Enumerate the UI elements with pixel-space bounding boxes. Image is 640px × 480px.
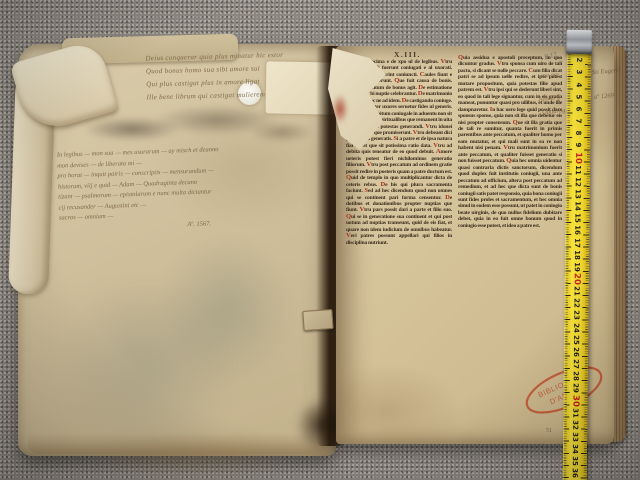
- tape-number: 36: [571, 461, 579, 480]
- inscription-middle: In legibus — mon sua — mes usurarum — ay…: [57, 141, 326, 234]
- parchment-tab: [302, 309, 333, 331]
- measuring-tape: 1234567891011121314151617181920212223242…: [563, 30, 592, 480]
- folio-heading: X.III.: [394, 50, 421, 59]
- inscription-top: Deius conquerar quia plus minatur hic es…: [145, 48, 332, 105]
- bottom-roll-shadow: [28, 432, 328, 454]
- margin-note: aº 1269: [594, 92, 614, 101]
- tape-metal-clip: [566, 30, 592, 54]
- margin-note: Quadrag.: [542, 107, 568, 117]
- left-page-parchment: Deius conquerar quia plus minatur hic es…: [18, 44, 336, 456]
- text-column-2: Quia assidua e apostoli preceptum, in qu…: [458, 55, 562, 377]
- margin-note: ma gre: [541, 71, 559, 79]
- folio-number: 51: [546, 428, 552, 434]
- manuscript-photo: Deius conquerar quia plus minatur hic es…: [0, 0, 640, 480]
